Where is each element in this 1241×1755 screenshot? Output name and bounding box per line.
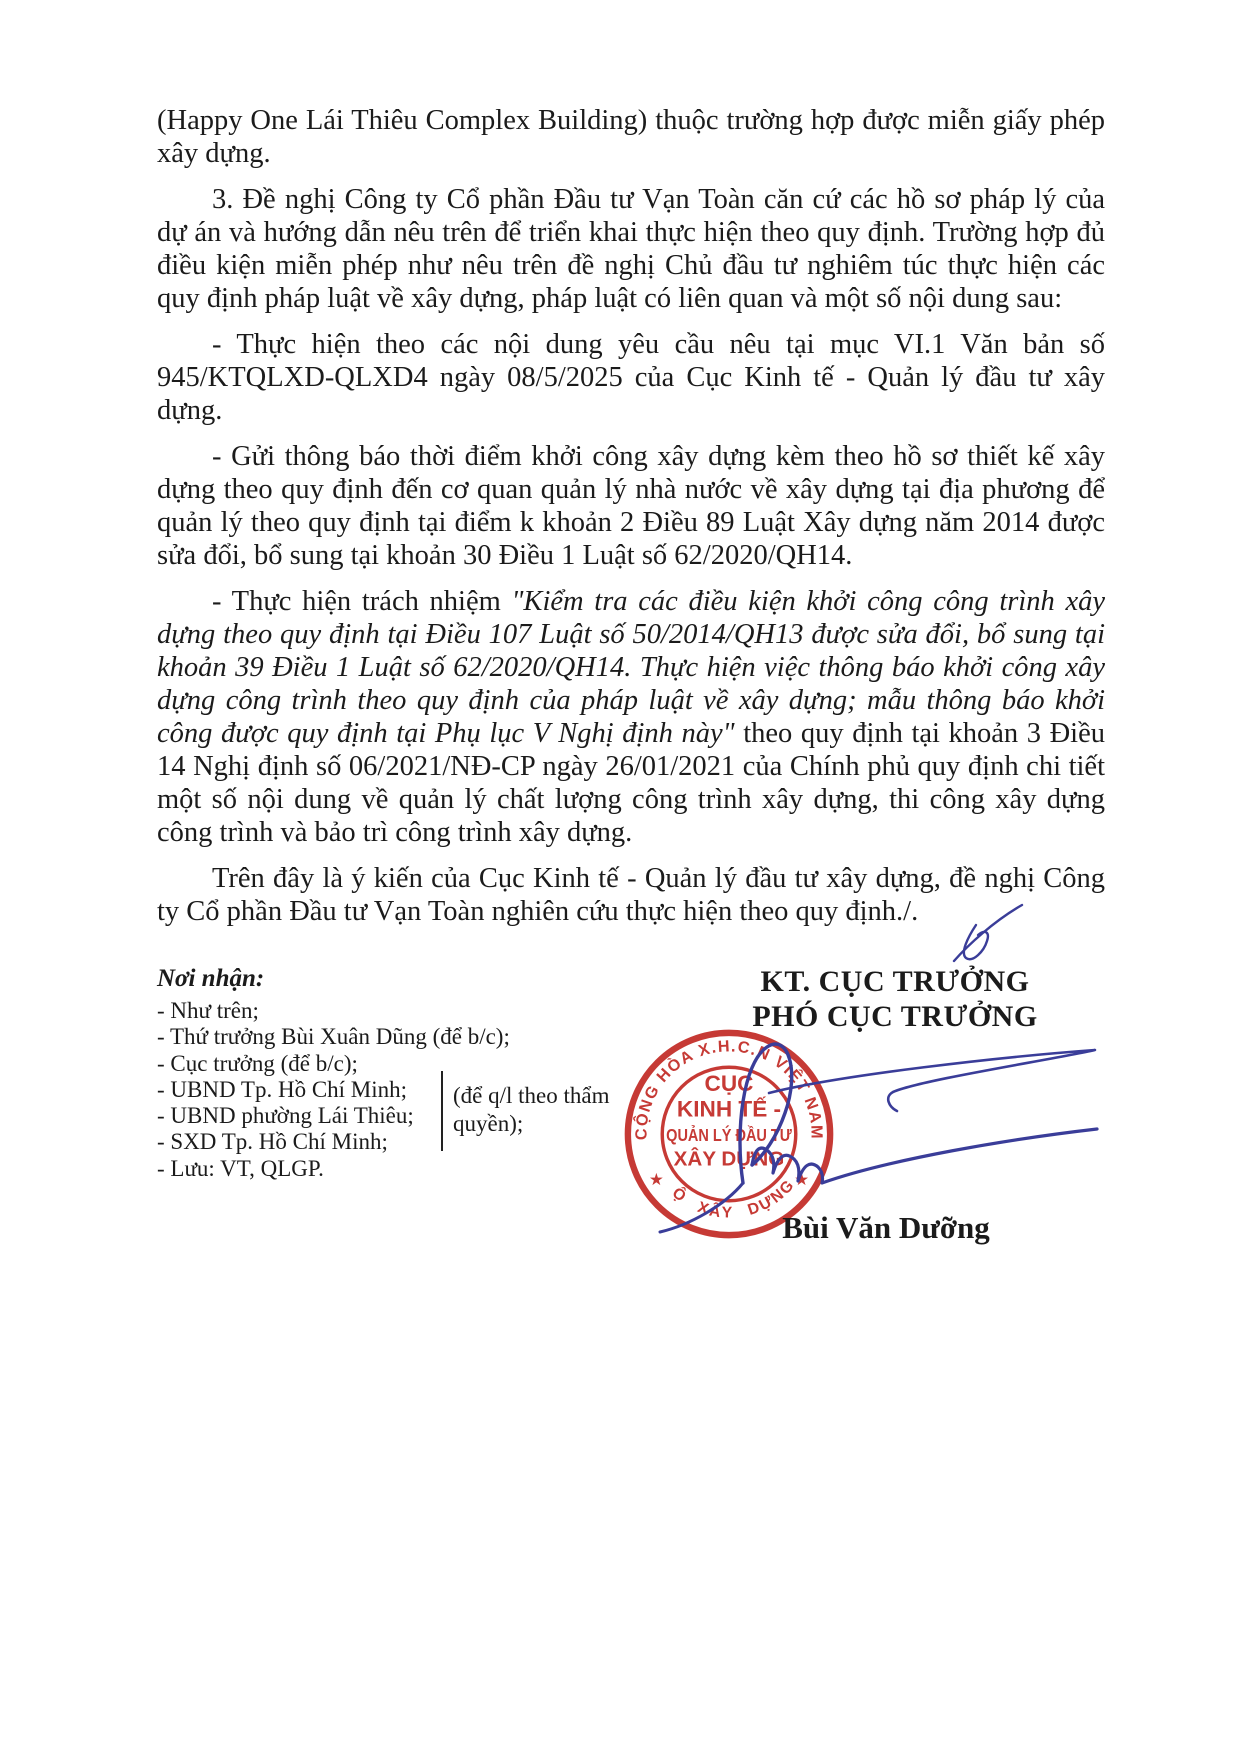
recipients-bracket-line [441,1071,443,1151]
recipients-block: Nơi nhận: - Như trên; - Thứ trưởng Bùi X… [157,964,457,1182]
paragraph-dash-3: - Thực hiện trách nhiệm "Kiểm tra các đi… [157,585,1105,849]
signature-title: KT. CỤC TRƯỞNG PHÓ CỤC TRƯỞNG [690,964,1100,1034]
signer-name: Bùi Văn Dưỡng [690,1209,1082,1247]
paragraph-continuation: (Happy One Lái Thiêu Complex Building) t… [157,104,1105,170]
signature-top-flourish [769,1050,1095,1111]
paragraph-dash-2: - Gửi thông báo thời điểm khởi công xây … [157,440,1105,572]
recipient-item: - UBND phường Lái Thiêu; [157,1103,457,1129]
signature-loop-stroke [740,1044,792,1183]
recipient-item: - Thứ trưởng Bùi Xuân Dũng (để b/c); [157,1024,457,1050]
initial-loop-stroke [964,925,988,959]
recipient-item: - Lưu: VT, QLGP. [157,1156,457,1182]
document-page: (Happy One Lái Thiêu Complex Building) t… [0,0,1241,1755]
recipients-side-note: (để q/l theo thẩm quyền); [453,1082,621,1138]
recipient-item: - Cục trưởng (để b/c); [157,1051,457,1077]
signature-m-stroke [752,1129,1097,1183]
paragraph-item-3: 3. Đề nghị Công ty Cổ phần Đầu tư Vạn To… [157,183,1105,315]
recipient-item: - SXD Tp. Hồ Chí Minh; [157,1129,457,1155]
paragraph-dash-3-prefix: - Thực hiện trách nhiệm [212,586,511,617]
paragraph-dash-1: - Thực hiện theo các nội dung yêu cầu nê… [157,328,1105,427]
recipient-item: - UBND Tp. Hồ Chí Minh; [157,1077,457,1103]
recipients-label: Nơi nhận: [157,964,457,994]
signature-title-line1: KT. CỤC TRƯỞNG [690,964,1100,999]
letter-body: (Happy One Lái Thiêu Complex Building) t… [157,104,1105,941]
initial-mark [950,903,1028,965]
recipient-item: - Như trên; [157,998,457,1024]
